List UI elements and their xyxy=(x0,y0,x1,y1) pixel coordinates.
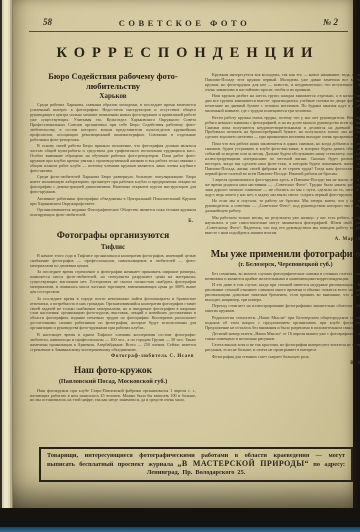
signature: Фотограф-любитель С. Исаев xyxy=(30,354,194,361)
paragraph: Десятый номер газеты „Наши Мысли“ от 16 … xyxy=(205,332,360,342)
paragraph: Наш кружок разбит на шесть групп; каждая… xyxy=(205,94,360,114)
article-title-we-applied-photography: Мы уже применили фотографию xyxy=(205,249,360,260)
paragraph: Газета вышла хотя и не так красочна, но … xyxy=(205,343,360,353)
signature: В. К. xyxy=(205,361,360,368)
page-right-edge-shadow xyxy=(353,0,356,508)
scanned-page-background: 58 СОВЕТСКОЕ ФОТО № 2 КОРРЕСПОНДЕНЦИИ Бю… xyxy=(0,0,360,532)
signature: А. Марков xyxy=(205,237,360,244)
paragraph: 1 апреля организовался фото-кружок здесь… xyxy=(205,178,360,198)
article-subtitle-pavlovsky-posad: (Павловский Посад, Московской губ.) xyxy=(30,378,196,386)
issue-number: № 2 xyxy=(323,17,338,27)
paragraph: Но если мы и плутали, то работу не броси… xyxy=(205,199,360,214)
paragraph: Наш фотокружок при клубе Старо-Павловско… xyxy=(30,389,196,404)
paragraph: Организовавшееся недавно Фотографическое… xyxy=(30,208,196,218)
journal-title: СОВЕТСКОЕ ФОТО xyxy=(13,18,356,28)
article-subtitle-tiflis: Тифлис xyxy=(30,243,196,251)
announcement-text: Товарищи, интересующиеся фотографическим… xyxy=(47,452,345,476)
paragraph: Фотография для стенных газет сыграет бол… xyxy=(205,355,360,360)
paragraph: Пока что вся работа наша заключается в о… xyxy=(205,142,360,177)
paragraph: Кружком интересуется вся молодежь, так к… xyxy=(205,73,360,93)
paragraph: Вести работу кружка очень трудно, потому… xyxy=(205,116,360,141)
left-column: Бюро Содействия рабочему фото-любительст… xyxy=(30,70,196,444)
article-subtitle-kharkov: Харьков xyxy=(30,92,196,100)
paragraph: Активные работники фотографии объединены… xyxy=(30,197,196,207)
paragraph: И это даже в том случае, когда при стенн… xyxy=(205,283,360,303)
header-rule xyxy=(29,31,348,32)
right-column: Кружком интересуется вся молодежь, так к… xyxy=(205,70,360,450)
paragraph: Без сомнения, во многих случаях фотограф… xyxy=(205,272,360,282)
article-title-our-photo-circle: Наш фото-кружок xyxy=(30,366,196,377)
page-header: 58 СОВЕТСКОЕ ФОТО № 2 xyxy=(13,15,356,35)
paragraph: Среди фото-любителей Харькова Бюро разве… xyxy=(30,175,196,195)
paragraph: За последнее время в городе почти невозм… xyxy=(30,297,196,332)
paragraph: За последнее время стремление к фотограф… xyxy=(30,270,196,295)
paragraph: Редколлегия стенгазеты „Наши Мысли“ при … xyxy=(205,316,360,331)
announcement-box: Товарищи, интересующиеся фотографическим… xyxy=(39,447,353,482)
signature: Б. xyxy=(30,219,194,226)
paragraph: В начале этого года в Тифлисе организова… xyxy=(30,254,196,269)
announcement-journal-name: „В МАСТЕРСКОЙ ПРИРОДЫ“ xyxy=(178,459,309,468)
paragraph: Мы работаем только месяц, но результаты … xyxy=(205,216,360,236)
article-title-photographers-organize: Фотографы организуются xyxy=(30,231,196,242)
magazine-page: 58 СОВЕТСКОЕ ФОТО № 2 КОРРЕСПОНДЕНЦИИ Бю… xyxy=(13,0,356,508)
paragraph: В настоящее время в одном Тифлисе членам… xyxy=(30,333,196,353)
paragraph: Переход стенгазет на иллюстрирование фот… xyxy=(205,304,360,314)
book-page-edges xyxy=(0,0,13,508)
scan-bottom-strip xyxy=(0,527,360,532)
section-title: КОРРЕСПОНДЕНЦИИ xyxy=(13,44,356,62)
paragraph: Среди рабочих Харькова, главным образом … xyxy=(30,103,196,143)
article-title-bureau: Бюро Содействия рабочему фото-любительст… xyxy=(30,72,196,91)
paragraph: В основу своей работы Бюро приняло полож… xyxy=(30,144,196,174)
article-subtitle-belozersk: (г. Белозерск, Череповецкой губ.) xyxy=(205,261,360,269)
